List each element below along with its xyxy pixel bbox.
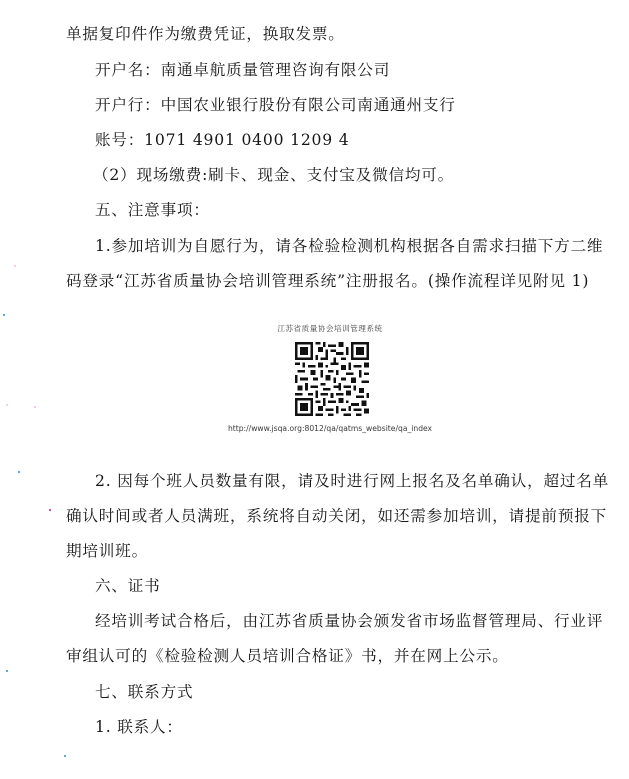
scan-artifact-dot (14, 265, 16, 267)
text-account-name: 开户名：南通卓航质量管理咨询有限公司 (95, 61, 390, 79)
text-payment-voucher: 单据复印件作为缴费凭证，换取发票。 (66, 25, 345, 43)
text-certificate-line2: 审组认可的《检验检测人员培训合格证》书，并在网上公示。 (66, 647, 509, 665)
scan-artifact-dot (18, 471, 20, 473)
document-page: 单据复印件作为缴费凭证，换取发票。 开户名：南通卓航质量管理咨询有限公司 开户行… (0, 0, 629, 779)
qr-url-link[interactable]: http://www.jsqa.org:8012/qa/qatms_websit… (200, 424, 460, 433)
scan-artifact-dot (64, 755, 66, 757)
text-onsite-payment: （2）现场缴费:刷卡、现金、支付宝及微信均可。 (93, 166, 454, 184)
scan-artifact-dot (6, 670, 8, 672)
scan-artifact-dot (6, 404, 8, 406)
scan-artifact-dot (34, 406, 36, 408)
section-heading-certificate: 六、证书 (95, 577, 161, 595)
qr-caption: 江苏省质量协会培训管理系统 (200, 323, 460, 334)
text-contact-item1: 1. 联系人： (95, 718, 183, 736)
qr-registration-block: 江苏省质量协会培训管理系统 (200, 318, 460, 438)
qr-code-icon[interactable] (295, 342, 369, 416)
section-heading-contact: 七、联系方式 (95, 683, 193, 701)
section-heading-notes: 五、注意事项： (95, 201, 210, 219)
text-notes-item2-line3: 期培训班。 (66, 542, 148, 560)
text-notes-item2-line2: 确认时间或者人员满班，系统将自动关闭，如还需参加培训，请提前预报下 (66, 507, 607, 525)
scan-artifact-dot (49, 509, 51, 511)
text-notes-item2-line1: 2. 因每个班人员数量有限，请及时进行网上报名及名单确认，超过名单 (95, 472, 609, 490)
text-notes-item1-line1: 1.参加培训为自愿行为，请各检验检测机构根据各自需求扫描下方二维 (95, 237, 603, 255)
scan-artifact-dot (3, 314, 5, 316)
text-bank-name: 开户行：中国农业银行股份有限公司南通通州支行 (95, 96, 456, 114)
text-notes-item1-line2: 码登录“江苏省质量协会培训管理系统”注册报名。(操作流程详见附见 1) (66, 272, 589, 290)
text-account-number: 账号：1071 4901 0400 1209 4 (95, 131, 349, 149)
text-certificate-line1: 经培训考试合格后，由江苏省质量协会颁发省市场监督管理局、行业评 (95, 612, 603, 630)
